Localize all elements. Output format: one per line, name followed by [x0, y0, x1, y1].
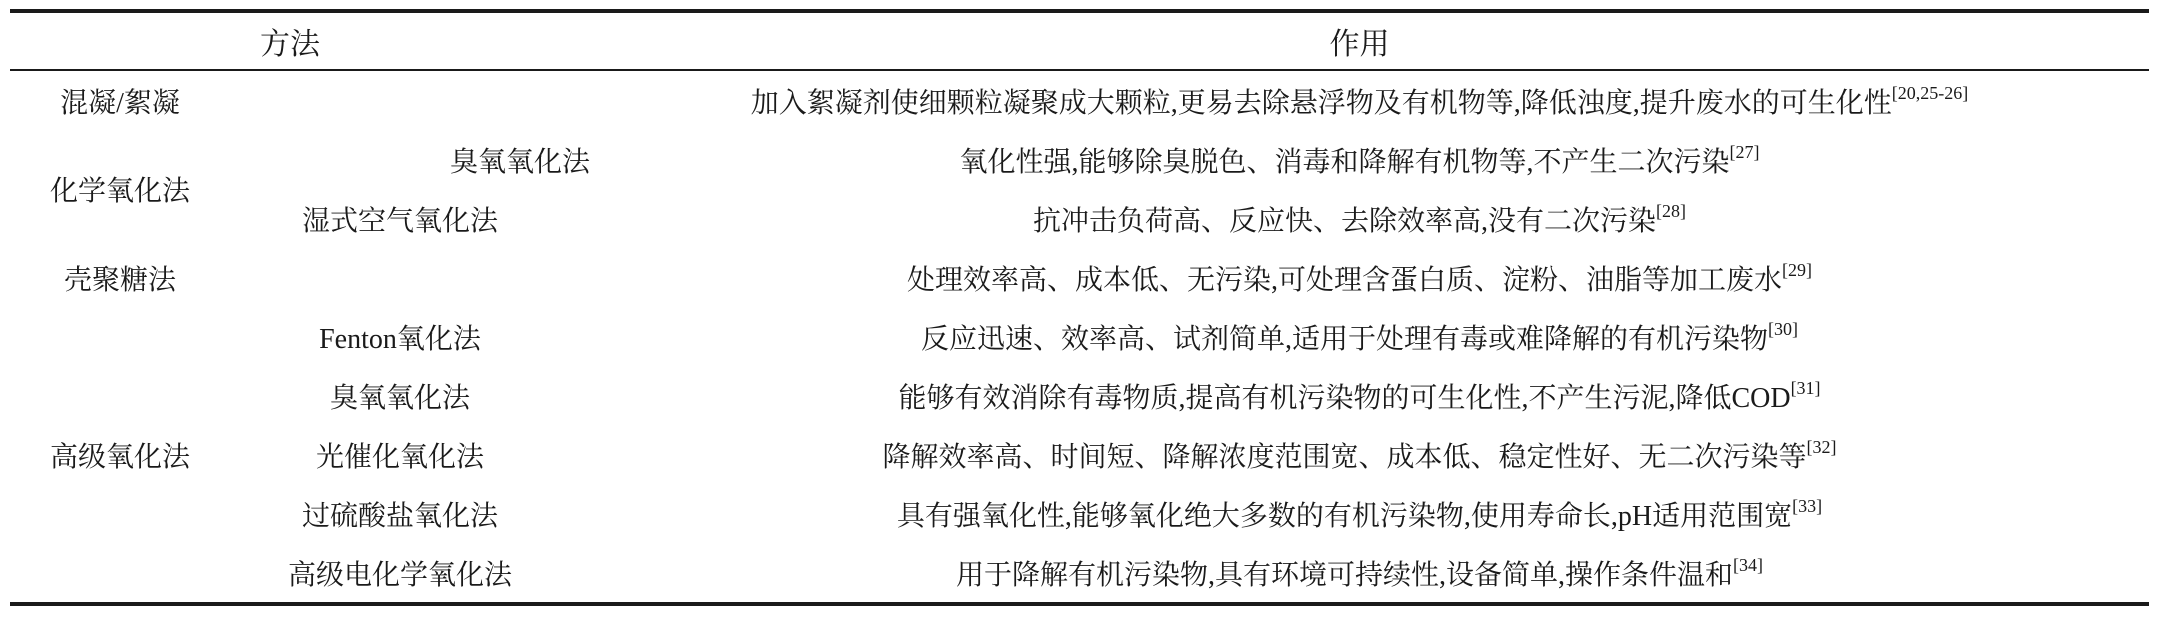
table-row: 湿式空气氧化法 抗冲击负荷高、反应快、去除效率高,没有二次污染[28]: [10, 189, 2149, 248]
effect-cell: 具有强氧化性,能够氧化绝大多数的有机污染物,使用寿命长,pH适用范围宽[33]: [570, 484, 2149, 543]
effect-cell: 用于降解有机污染物,具有环境可持续性,设备简单,操作条件温和[34]: [570, 543, 2149, 604]
method-group-label: 壳聚糖法: [10, 248, 230, 307]
method-group-label: 高级氧化法: [10, 307, 230, 604]
method-group-label: 化学氧化法: [10, 130, 230, 248]
effect-text: 加入絮凝剂使细颗粒凝聚成大颗粒,更易去除悬浮物及有机物等,降低浊度,提升废水的可…: [751, 88, 1892, 119]
method-sub-label: 过硫酸盐氧化法: [230, 484, 570, 543]
reference-citation: [29]: [1782, 260, 1812, 280]
effect-cell: 加入絮凝剂使细颗粒凝聚成大颗粒,更易去除悬浮物及有机物等,降低浊度,提升废水的可…: [570, 70, 2149, 130]
effect-cell: 氧化性强,能够除臭脱色、消毒和降解有机物等,不产生二次污染[27]: [570, 130, 2149, 189]
effect-text: 具有强氧化性,能够氧化绝大多数的有机污染物,使用寿命长,pH适用范围宽: [897, 501, 1792, 532]
reference-citation: [27]: [1730, 142, 1760, 162]
effect-text: 用于降解有机污染物,具有环境可持续性,设备简单,操作条件温和: [956, 560, 1733, 591]
method-sub-label: 臭氧氧化法: [230, 366, 570, 425]
effect-text: 降解效率高、时间短、降解浓度范围宽、成本低、稳定性好、无二次污染等: [882, 442, 1806, 473]
effect-cell: 能够有效消除有毒物质,提高有机污染物的可生化性,不产生污泥,降低COD[31]: [570, 366, 2149, 425]
table-row: 壳聚糖法 处理效率高、成本低、无污染,可处理含蛋白质、淀粉、油脂等加工废水[29…: [10, 248, 2149, 307]
effect-text: 反应迅速、效率高、试剂简单,适用于处理有毒或难降解的有机污染物: [921, 324, 1768, 355]
method-sub-label: [230, 70, 570, 130]
column-header-method: 方法: [10, 11, 570, 70]
reference-citation: [33]: [1792, 496, 1822, 516]
method-group-label: 混凝/絮凝: [10, 70, 230, 130]
table-row: 高级氧化法 Fenton氧化法 反应迅速、效率高、试剂简单,适用于处理有毒或难降…: [10, 307, 2149, 366]
method-sub-label: Fenton氧化法: [230, 307, 570, 366]
reference-citation: [20,25-26]: [1892, 83, 1968, 103]
method-sub-label: [230, 248, 570, 307]
table-row: 混凝/絮凝 加入絮凝剂使细颗粒凝聚成大颗粒,更易去除悬浮物及有机物等,降低浊度,…: [10, 70, 2149, 130]
treatment-methods-table: 方法 作用 混凝/絮凝 加入絮凝剂使细颗粒凝聚成大颗粒,更易去除悬浮物及有机物等…: [10, 9, 2149, 606]
table-row: 光催化氧化法 降解效率高、时间短、降解浓度范围宽、成本低、稳定性好、无二次污染等…: [10, 425, 2149, 484]
effect-text: 氧化性强,能够除臭脱色、消毒和降解有机物等,不产生二次污染: [959, 147, 1729, 178]
effect-cell: 降解效率高、时间短、降解浓度范围宽、成本低、稳定性好、无二次污染等[32]: [570, 425, 2149, 484]
table-header-row: 方法 作用: [10, 11, 2149, 70]
reference-citation: [31]: [1791, 378, 1821, 398]
column-header-effect: 作用: [570, 11, 2149, 70]
effect-cell: 处理效率高、成本低、无污染,可处理含蛋白质、淀粉、油脂等加工废水[29]: [570, 248, 2149, 307]
effect-text: 抗冲击负荷高、反应快、去除效率高,没有二次污染: [1033, 206, 1656, 237]
effect-cell: 反应迅速、效率高、试剂简单,适用于处理有毒或难降解的有机污染物[30]: [570, 307, 2149, 366]
effect-cell: 抗冲击负荷高、反应快、去除效率高,没有二次污染[28]: [570, 189, 2149, 248]
reference-citation: [34]: [1733, 555, 1763, 575]
effect-text: 处理效率高、成本低、无污染,可处理含蛋白质、淀粉、油脂等加工废水: [907, 265, 1782, 296]
reference-citation: [28]: [1656, 201, 1686, 221]
table-row: 过硫酸盐氧化法 具有强氧化性,能够氧化绝大多数的有机污染物,使用寿命长,pH适用…: [10, 484, 2149, 543]
reference-citation: [30]: [1768, 319, 1798, 339]
table-row: 高级电化学氧化法 用于降解有机污染物,具有环境可持续性,设备简单,操作条件温和[…: [10, 543, 2149, 604]
effect-text: 能够有效消除有毒物质,提高有机污染物的可生化性,不产生污泥,降低COD: [898, 383, 1790, 414]
method-sub-label: 光催化氧化法: [230, 425, 570, 484]
table-row: 化学氧化法 臭氧氧化法 氧化性强,能够除臭脱色、消毒和降解有机物等,不产生二次污…: [10, 130, 2149, 189]
method-sub-label: 湿式空气氧化法: [230, 189, 570, 248]
method-sub-label: 高级电化学氧化法: [230, 543, 570, 604]
table-row: 臭氧氧化法 能够有效消除有毒物质,提高有机污染物的可生化性,不产生污泥,降低CO…: [10, 366, 2149, 425]
reference-citation: [32]: [1807, 437, 1837, 457]
method-sub-label: 臭氧氧化法: [230, 130, 570, 189]
